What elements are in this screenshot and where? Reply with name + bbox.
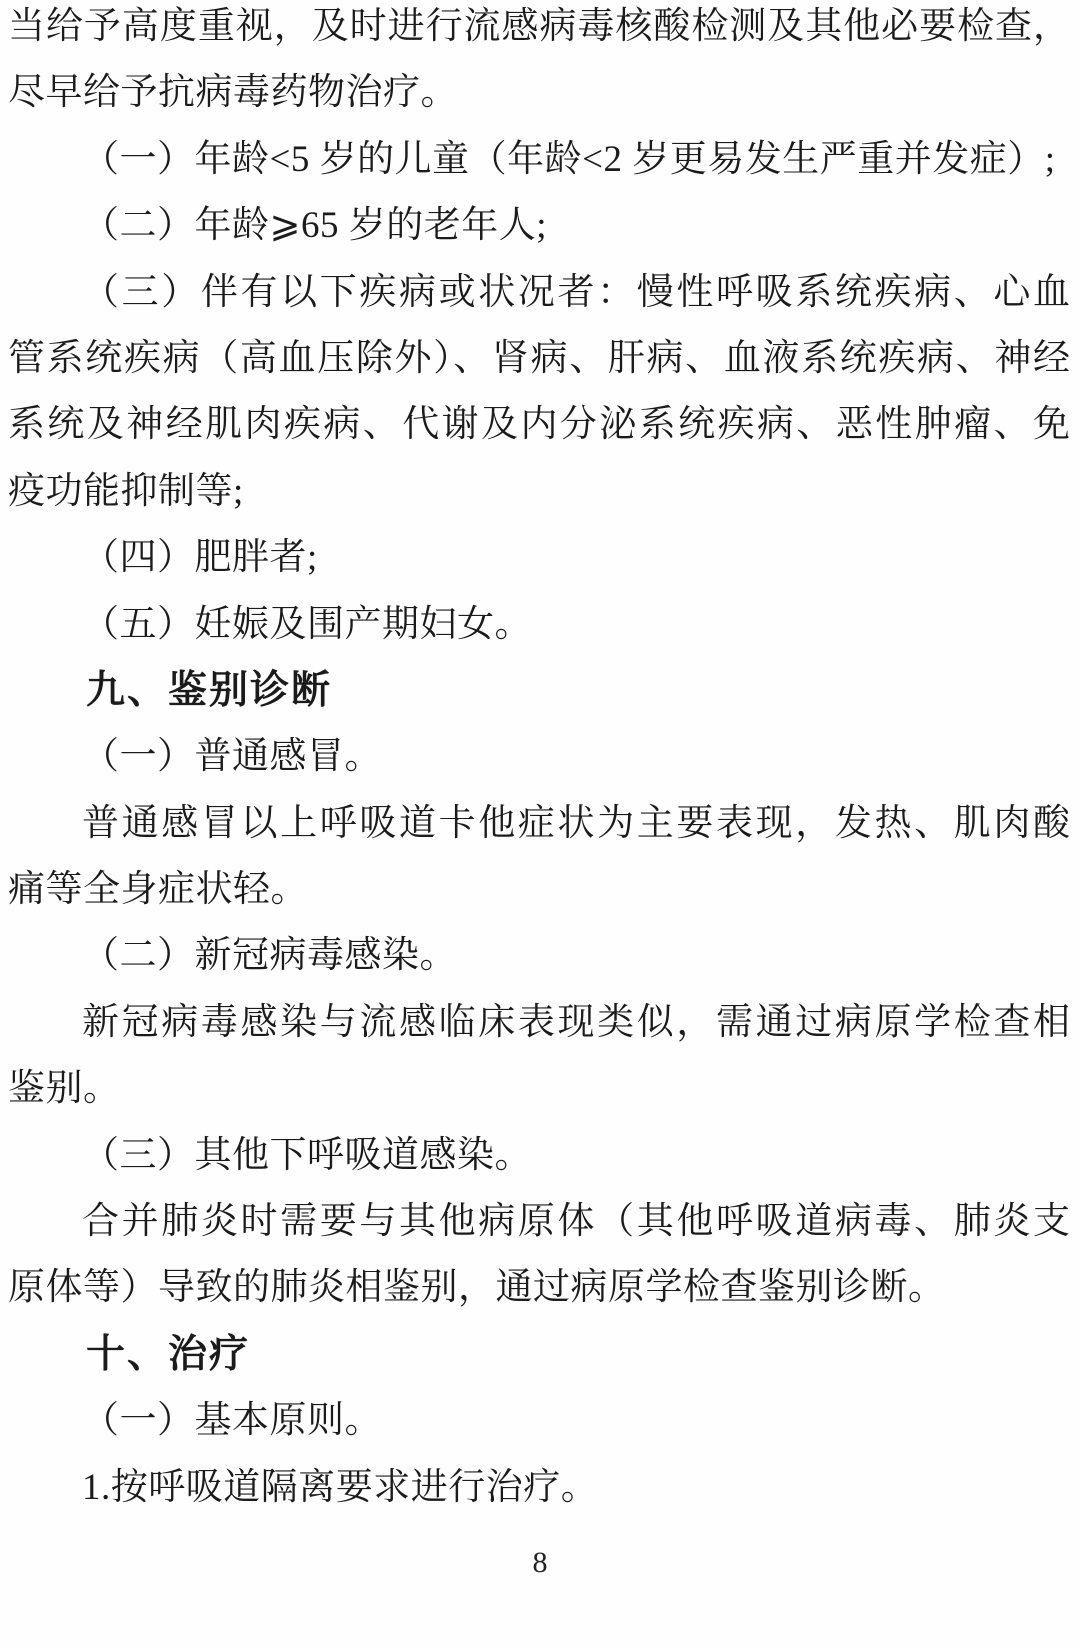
subsection-title: （二）新冠病毒感染。 xyxy=(8,923,1070,989)
text-line: 当给予高度重视，及时进行流感病毒核酸检测及其他必要检查， xyxy=(8,0,1070,60)
text-line: 普通感冒以上呼吸道卡他症状为主要表现，发热、肌肉酸 xyxy=(8,791,1070,857)
list-item: （一）年龄<5 岁的儿童（年龄<2 岁更易发生严重并发症）; xyxy=(8,127,1070,193)
subsection-title: （三）其他下呼吸道感染。 xyxy=(8,1123,1070,1189)
page-number: 8 xyxy=(0,1546,1080,1592)
text-line: 疫功能抑制等; xyxy=(8,459,1070,525)
text-line: 1.按呼吸道隔离要求进行治疗。 xyxy=(8,1455,1070,1521)
list-item: （三）伴有以下疾病或状况者：慢性呼吸系统疾病、心血 xyxy=(8,260,1070,326)
heading-treatment: 十、治疗 xyxy=(8,1322,1070,1388)
text-line: 痛等全身症状轻。 xyxy=(8,857,1070,923)
heading-differential-diagnosis: 九、鉴别诊断 xyxy=(8,658,1070,724)
text-line: 管系统疾病（高血压除外）、肾病、肝病、血液系统疾病、神经 xyxy=(8,326,1070,392)
text-line: 原体等）导致的肺炎相鉴别，通过病原学检查鉴别诊断。 xyxy=(8,1255,1070,1321)
subsection-title: （一）基本原则。 xyxy=(8,1388,1070,1454)
text-line: 系统及神经肌肉疾病、代谢及内分泌系统疾病、恶性肿瘤、免 xyxy=(8,392,1070,458)
list-item: （二）年龄⩾65 岁的老年人; xyxy=(8,193,1070,259)
list-item: （五）妊娠及围产期妇女。 xyxy=(8,592,1070,658)
subsection-title: （一）普通感冒。 xyxy=(8,724,1070,790)
text-line: 尽早给予抗病毒药物治疗。 xyxy=(8,60,1070,126)
text-line: 合并肺炎时需要与其他病原体（其他呼吸道病毒、肺炎支 xyxy=(8,1189,1070,1255)
text-line: 鉴别。 xyxy=(8,1056,1070,1122)
text-line: 新冠病毒感染与流感临床表现类似，需通过病原学检查相 xyxy=(8,990,1070,1056)
list-item: （四）肥胖者; xyxy=(8,525,1070,591)
document-text-block: 当给予高度重视，及时进行流感病毒核酸检测及其他必要检查， 尽早给予抗病毒药物治疗… xyxy=(8,0,1070,1521)
document-page: 当给予高度重视，及时进行流感病毒核酸检测及其他必要检查， 尽早给予抗病毒药物治疗… xyxy=(0,0,1080,1648)
